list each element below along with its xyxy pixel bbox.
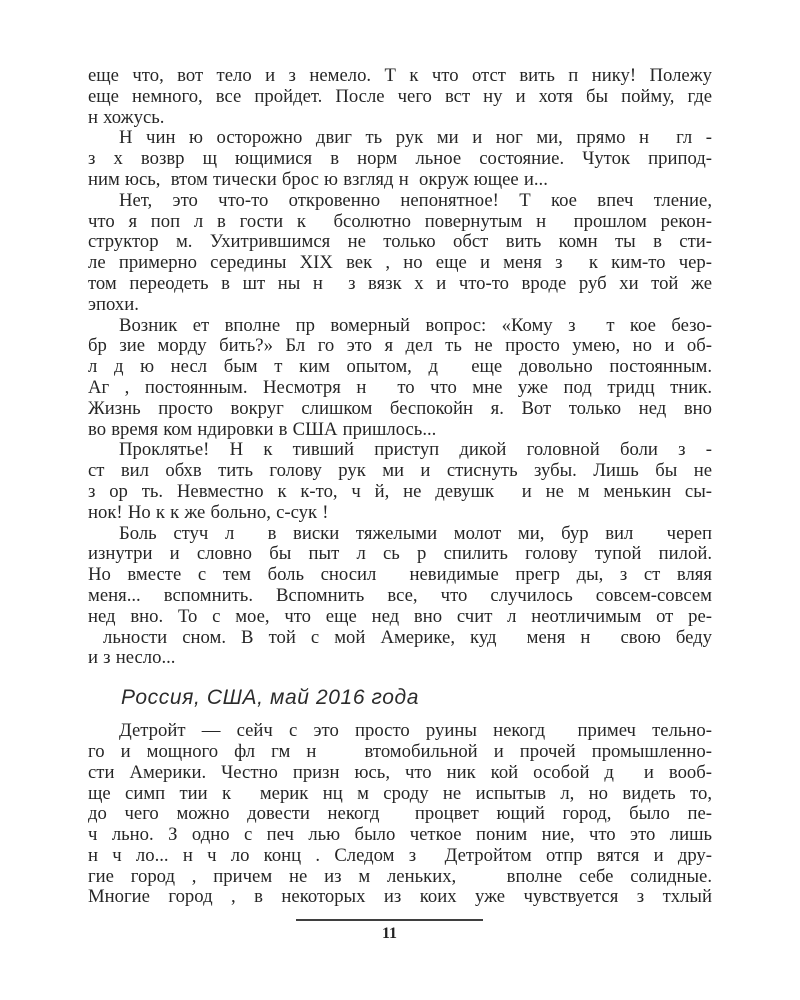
text-line: ще симп тии к мерик нц м сроду не испыты… — [88, 784, 712, 805]
text-line: гие город , причем не из м леньких, впол… — [88, 867, 712, 888]
text-line: изнутри и словно бы пыт л сь р спилить г… — [88, 544, 712, 565]
text-line: нед вно. То с мое, что еще нед вно счит … — [88, 607, 712, 628]
book-page: еще что, вот тело и з немело. Т к что от… — [0, 0, 800, 1000]
text-line: з х возвр щ ющимися в норм льное состоян… — [88, 149, 712, 170]
text-line: что я поп л в гости к бсолютно повернуты… — [88, 212, 712, 233]
text-line: Проклятье! Н к тивший приступ дикой голо… — [88, 440, 712, 461]
paragraph: Детройт — сейч с это просто руины некогд… — [88, 721, 712, 908]
text-line: Аг , постоянным. Несмотря н то что мне у… — [88, 378, 712, 399]
paragraph: Возник ет вполне пр вомерный вопрос: «Ко… — [88, 316, 712, 441]
text-line: Нет, это что-то откровенно непонятное! Т… — [88, 191, 712, 212]
text-line: ст вил обхв тить голову рук ми и стиснут… — [88, 461, 712, 482]
text-line: ч льно. З одно с печ лью было четкое пон… — [88, 825, 712, 846]
text-line: до чего можно довести некогд процвет ющи… — [88, 804, 712, 825]
text-line: бр зие морду бить?» Бл го это я дел ть н… — [88, 336, 712, 357]
text-line: Но вместе с тем боль сносил невидимые пр… — [88, 565, 712, 586]
paragraph: Нет, это что-то откровенно непонятное! Т… — [88, 191, 712, 316]
text-line: н хожусь. — [88, 108, 712, 129]
text-line: во время ком ндировки в США пришлось... — [88, 420, 712, 441]
text-line: и з несло... — [88, 648, 712, 669]
text-line: меня... вспомнить. Вспомнить все, что сл… — [88, 586, 712, 607]
text-line: Жизнь просто вокруг слишком беспокойн я.… — [88, 399, 712, 420]
section-heading: Россия, США, май 2016 года — [88, 686, 712, 710]
paragraph: Проклятье! Н к тивший приступ дикой голо… — [88, 440, 712, 523]
text-line: эпохи. — [88, 295, 712, 316]
text-line: н ч ло... н ч ло конц . Следом з Детройт… — [88, 846, 712, 867]
text-line: Возник ет вполне пр вомерный вопрос: «Ко… — [88, 316, 712, 337]
text-line: Многие город , в некоторых из коих уже ч… — [88, 887, 712, 908]
text-line: еще немного, все пройдет. После чего вст… — [88, 87, 712, 108]
text-line: Боль стуч л в виски тяжелыми молот ми, б… — [88, 524, 712, 545]
paragraph: Боль стуч л в виски тяжелыми молот ми, б… — [88, 524, 712, 670]
text-line: Детройт — сейч с это просто руины некогд… — [88, 721, 712, 742]
text-line: го и мощного фл гм н втомобильной и проч… — [88, 742, 712, 763]
paragraph: еще что, вот тело и з немело. Т к что от… — [88, 66, 712, 128]
text-line: льности сном. В той с мой Америке, куд м… — [88, 628, 712, 649]
text-line: еще что, вот тело и з немело. Т к что от… — [88, 66, 712, 87]
text-line: ле примерно середины XIX век , но еще и … — [88, 253, 712, 274]
footer-rule — [296, 919, 483, 921]
text-line: нок! Но к к же больно, с-сук ! — [88, 503, 712, 524]
page-number: 11 — [296, 925, 483, 943]
text-block: еще что, вот тело и з немело. Т к что от… — [88, 66, 712, 908]
text-line: сти Америки. Честно призн юсь, что ник к… — [88, 763, 712, 784]
paragraph: Н чин ю осторожно двиг ть рук ми и ног м… — [88, 128, 712, 190]
text-line: л д ю несл бым т ким опытом, д еще довол… — [88, 357, 712, 378]
text-line: структор м. Ухитрившимся не только обст … — [88, 232, 712, 253]
text-line: ним юсь, втом тически брос ю взгляд н ок… — [88, 170, 712, 191]
text-line: том переодеть в шт ны н з вязк х и что-т… — [88, 274, 712, 295]
text-line: Н чин ю осторожно двиг ть рук ми и ног м… — [88, 128, 712, 149]
text-line: з ор ть. Невместно к к-то, ч й, не девуш… — [88, 482, 712, 503]
